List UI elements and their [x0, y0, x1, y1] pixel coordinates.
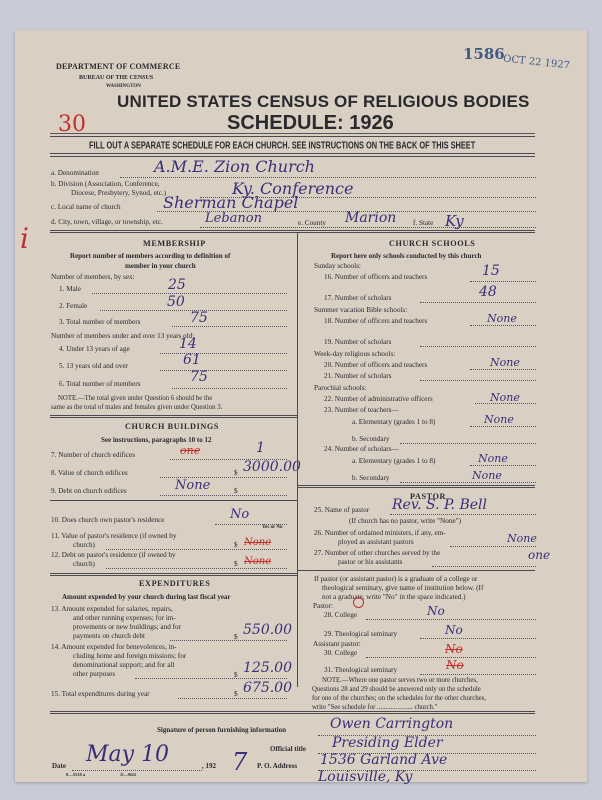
- graduate-note-1: If pastor (or assistant pastor) is a gra…: [314, 575, 477, 583]
- yes-no-hint: Yes or No: [262, 525, 282, 530]
- q24a-label: a. Elementary (grades 1 to 8): [352, 457, 435, 465]
- weekday-schools-label: Week-day religious schools:: [314, 350, 395, 358]
- q8-currency: $: [234, 469, 238, 477]
- fill-line: [400, 482, 536, 483]
- divider: [50, 153, 535, 154]
- divider: [297, 487, 535, 488]
- divider: [50, 230, 535, 231]
- q13-currency: $: [234, 633, 238, 641]
- margin-letter-mark: i: [20, 222, 29, 255]
- local-name-field[interactable]: Sherman Chapel: [163, 193, 298, 212]
- q5-label: 5. 13 years old and over: [59, 362, 128, 370]
- church-buildings-heading: CHURCH BUILDINGS: [125, 422, 219, 431]
- bureau-label: BUREAU OF THE CENSUS: [79, 75, 153, 81]
- membership-subheading-2: member in your church: [125, 262, 196, 270]
- q23a-label: a. Elementary (grades 1 to 8): [352, 418, 435, 426]
- summer-schools-label: Summer vacation Bible schools:: [314, 306, 407, 314]
- q12-value-field[interactable]: None: [244, 556, 271, 567]
- q13-line-1: 13. Amount expended for salaries, repair…: [51, 605, 173, 613]
- q9-currency: $: [234, 487, 238, 495]
- divider: [297, 570, 535, 571]
- q6-total-field[interactable]: 75: [190, 369, 208, 385]
- q14-currency: $: [234, 671, 238, 679]
- q23-label: 23. Number of teachers—: [324, 406, 399, 414]
- official-title-field[interactable]: Presiding Elder: [332, 735, 443, 751]
- fill-line: [200, 227, 536, 228]
- q8-value-field[interactable]: 3000.00: [243, 459, 301, 475]
- q26-label-1: 26. Number of ordained ministers, if any…: [314, 529, 446, 537]
- q27-label-2: pastor or his assistants: [338, 558, 402, 566]
- red-circle-mark: [353, 597, 364, 608]
- city-label: WASHINGTON: [106, 84, 141, 89]
- q7-label: 7. Number of church edifices: [51, 451, 135, 459]
- fill-line: [470, 426, 536, 427]
- expenditures-heading: EXPENDITURES: [139, 579, 210, 588]
- fill-line: [120, 177, 536, 178]
- fill-line: [390, 514, 536, 515]
- form-number: 8—5518 a: [66, 772, 85, 777]
- sunday-schools-label: Sunday schools:: [314, 262, 361, 270]
- q22-admin-officers-field[interactable]: None: [490, 391, 520, 404]
- denomination-label: a. Denomination: [51, 169, 99, 177]
- q17-label: 17. Number of scholars: [324, 294, 391, 302]
- divider: [50, 417, 297, 418]
- q12-currency: $: [234, 560, 238, 568]
- signature-label: Signature of person furnishing informati…: [157, 726, 286, 734]
- address-line-1-field[interactable]: 1536 Garland Ave: [320, 752, 447, 768]
- q13-line-3: provements or new buildings; and for: [73, 623, 181, 631]
- address-line-2-field[interactable]: Louisville, Ky: [318, 769, 412, 785]
- membership-note-2: same as the total of males and females g…: [51, 404, 222, 411]
- divider: [50, 415, 297, 416]
- fill-line: [106, 549, 287, 550]
- q30-label: 30. College: [324, 649, 357, 657]
- q25-label: 25. Name of pastor: [314, 506, 369, 514]
- q14-line-4: other purposes: [73, 670, 115, 678]
- divider: [50, 713, 535, 714]
- q26-assistant-pastors-field[interactable]: None: [507, 532, 537, 545]
- graduate-note-3: not a graduate, write "No" in the space …: [322, 593, 466, 601]
- fill-line: [170, 640, 287, 641]
- q11-label-1: 11. Value of pastor's residence (if owne…: [51, 532, 176, 540]
- date-field[interactable]: May 10: [86, 742, 169, 767]
- parochial-schools-label: Parochial schools:: [314, 384, 367, 392]
- q12-label-1: 12. Debt on pastor's residence (if owned…: [51, 551, 176, 559]
- fill-line: [160, 353, 287, 354]
- q13-line-4: payments on church debt: [73, 632, 145, 640]
- fill-line: [470, 325, 536, 326]
- q14-line-1: 14. Amount expended for benevolences, in…: [51, 643, 177, 651]
- q14-line-3: denominational support; and for all: [73, 661, 174, 669]
- q21-label: 21. Number of scholars: [324, 372, 391, 380]
- q12-label-2: church): [73, 560, 95, 568]
- q29-label: 29. Theological seminary: [324, 630, 397, 638]
- pastor-note-2: Questions 28 and 29 should be answered o…: [312, 686, 481, 693]
- fill-line: [178, 698, 287, 699]
- q14-line-2: cluding home and foreign missions; for: [73, 652, 186, 660]
- official-title-label: Official title: [270, 745, 306, 753]
- divider: [50, 573, 297, 574]
- fill-line: [420, 346, 536, 347]
- q18-label: 18. Number of officers and teachers: [324, 317, 427, 325]
- fill-line: [172, 388, 287, 389]
- fill-line: [432, 566, 536, 567]
- fill-line: [470, 281, 536, 282]
- department-label: DEPARTMENT OF COMMERCE: [56, 62, 180, 71]
- q20-label: 20. Number of officers and teachers: [324, 361, 427, 369]
- fill-line: [450, 546, 536, 547]
- q25-pastor-name-field[interactable]: Rev. S. P. Bell: [392, 497, 487, 513]
- q8-label: 8. Value of church edifices: [51, 469, 128, 477]
- pastor-note-1: NOTE.—Where one pastor serves two or mor…: [322, 677, 478, 684]
- q16-label: 16. Number of officers and teachers: [324, 273, 427, 281]
- fill-line: [160, 495, 287, 496]
- q9-debt-field[interactable]: None: [175, 478, 210, 493]
- pastor-note-3: for one of the churches; on the schedule…: [312, 695, 486, 702]
- q24-label: 24. Number of scholars—: [324, 445, 399, 453]
- city-field[interactable]: Lebanon: [205, 211, 262, 226]
- divider: [50, 136, 535, 137]
- q25-hint: (If church has no pastor, write "None"): [349, 517, 461, 525]
- q20-weekday-teachers-field[interactable]: None: [490, 356, 520, 369]
- q1-male-field[interactable]: 25: [168, 277, 186, 293]
- fill-line: [420, 302, 536, 303]
- church-schools-heading: CHURCH SCHOOLS: [389, 239, 475, 248]
- state-label: f. State: [413, 219, 433, 227]
- fill-line: [420, 380, 536, 381]
- fill-line: [72, 770, 202, 771]
- address-label: P. O. Address: [257, 762, 297, 770]
- q27-other-churches-field[interactable]: one: [528, 548, 550, 562]
- form-title: UNITED STATES CENSUS OF RELIGIOUS BODIES: [117, 92, 530, 112]
- denomination-field[interactable]: A.M.E. Zion Church: [154, 157, 315, 176]
- q6-label: 6. Total number of members: [59, 380, 140, 388]
- q11-value-field[interactable]: None: [244, 537, 271, 548]
- local-name-label: c. Local name of church: [51, 203, 121, 211]
- q28-college-field[interactable]: No: [427, 604, 445, 618]
- q15-label: 15. Total expenditures during year: [51, 690, 150, 698]
- membership-note-1: NOTE.—The total given under Question 6 s…: [58, 395, 212, 402]
- q24b-label: b. Secondary: [352, 474, 390, 482]
- q28-label: 28. College: [324, 611, 357, 619]
- city-label: d. City, town, village, or township, etc…: [51, 218, 163, 226]
- year-field[interactable]: 7: [232, 748, 247, 776]
- q10-residence-field[interactable]: No: [230, 507, 249, 522]
- q22-label: 22. Number of administrative officers: [324, 395, 433, 403]
- division-label-2: Diocese, Presbytery, Synod, etc.): [71, 189, 166, 197]
- q19-label: 19. Number of scholars: [324, 338, 391, 346]
- q17-sunday-scholars-field[interactable]: 48: [479, 284, 497, 300]
- fill-line: [420, 674, 536, 675]
- county-field[interactable]: Marion: [345, 210, 396, 226]
- fill-line: [420, 638, 536, 639]
- q7-edifices-field[interactable]: 1: [256, 440, 265, 456]
- divider: [50, 500, 297, 501]
- q7-struck-value: one: [180, 444, 200, 457]
- year-prefix: , 192: [202, 762, 216, 770]
- fill-line: [172, 326, 287, 327]
- q23a-elementary-teachers-field[interactable]: None: [484, 413, 514, 426]
- fill-line: [106, 568, 287, 569]
- q23b-label: b. Secondary: [352, 435, 390, 443]
- pastor-note-4: write "See schedule for ................…: [312, 704, 437, 711]
- q3-total-field[interactable]: 75: [190, 310, 208, 326]
- q11-currency: $: [234, 541, 238, 549]
- q10-label: 10. Does church own pastor's residence: [51, 516, 164, 524]
- membership-heading: MEMBERSHIP: [143, 239, 206, 248]
- q31-assistant-seminary-field[interactable]: No: [446, 658, 464, 672]
- graduate-note-2: theological seminary, give name of insti…: [322, 584, 483, 592]
- q31-label: 31. Theological seminary: [324, 666, 397, 674]
- divider: [50, 711, 535, 712]
- q18-summer-teachers-field[interactable]: None: [487, 312, 517, 325]
- serial-number-stamp: 1586: [463, 45, 505, 63]
- church-schools-subheading: Report here only schools conducted by th…: [331, 252, 481, 260]
- q9-label: 9. Debt on church edifices: [51, 487, 127, 495]
- fill-line: [366, 619, 536, 620]
- q11-label-2: church): [73, 541, 95, 549]
- q4-under13-field[interactable]: 14: [179, 336, 197, 352]
- divider: [50, 133, 535, 134]
- instruction-banner: FILL OUT A SEPARATE SCHEDULE FOR EACH CH…: [89, 139, 475, 151]
- q24b-secondary-scholars-field[interactable]: None: [472, 469, 502, 482]
- fill-line: [160, 370, 287, 371]
- print-number: 11—9624: [120, 772, 136, 777]
- q2-label: 2. Female: [59, 302, 87, 310]
- q24a-elementary-scholars-field[interactable]: None: [478, 452, 508, 465]
- q5-over13-field[interactable]: 61: [183, 352, 201, 368]
- church-buildings-subheading: See instructions, paragraphs 10 to 12: [101, 436, 211, 444]
- date-label: Date: [52, 762, 66, 770]
- fill-line: [470, 465, 536, 466]
- fill-line: [400, 443, 536, 444]
- fill-line: [135, 678, 287, 679]
- membership-subheading-1: Report number of members according to de…: [70, 252, 230, 260]
- division-label-1: b. Division (Association, Conference,: [51, 180, 160, 188]
- q16-sunday-teachers-field[interactable]: 15: [482, 263, 500, 279]
- q30-assistant-college-field[interactable]: No: [445, 642, 463, 656]
- q2-female-field[interactable]: 50: [167, 294, 185, 310]
- divider: [50, 232, 535, 233]
- q15-total-field[interactable]: 675.00: [243, 680, 292, 696]
- expenditures-subheading: Amount expended by your church during la…: [62, 593, 231, 601]
- q1-label: 1. Male: [59, 285, 81, 293]
- divider: [297, 485, 535, 486]
- signature-field[interactable]: Owen Carrington: [330, 716, 453, 732]
- q4-label: 4. Under 13 years of age: [59, 345, 130, 353]
- county-label: e. County: [298, 219, 326, 227]
- assistant-pastor-label: Assistant pastor:: [313, 640, 361, 648]
- members-by-sex-label: Number of members, by sex:: [51, 273, 135, 281]
- q27-label-1: 27. Number of other churches served by t…: [314, 549, 440, 557]
- q3-label: 3. Total number of members: [59, 318, 140, 326]
- q26-label-2: ployed as assistant pastors: [338, 538, 414, 546]
- divider: [50, 575, 297, 576]
- age-label: Number of members under and over 13 year…: [51, 332, 194, 340]
- q14-benevolences-field[interactable]: 125.00: [243, 660, 292, 676]
- q29-seminary-field[interactable]: No: [445, 623, 463, 637]
- q13-salaries-field[interactable]: 550.00: [243, 622, 292, 638]
- pastor-subsection-label: Pastor:: [313, 602, 333, 610]
- fill-line: [470, 369, 536, 370]
- q13-line-2: and other running expenses; for im-: [73, 614, 176, 622]
- fill-line: [92, 293, 287, 294]
- q15-currency: $: [234, 690, 238, 698]
- schedule-title: SCHEDULE: 1926: [227, 112, 394, 135]
